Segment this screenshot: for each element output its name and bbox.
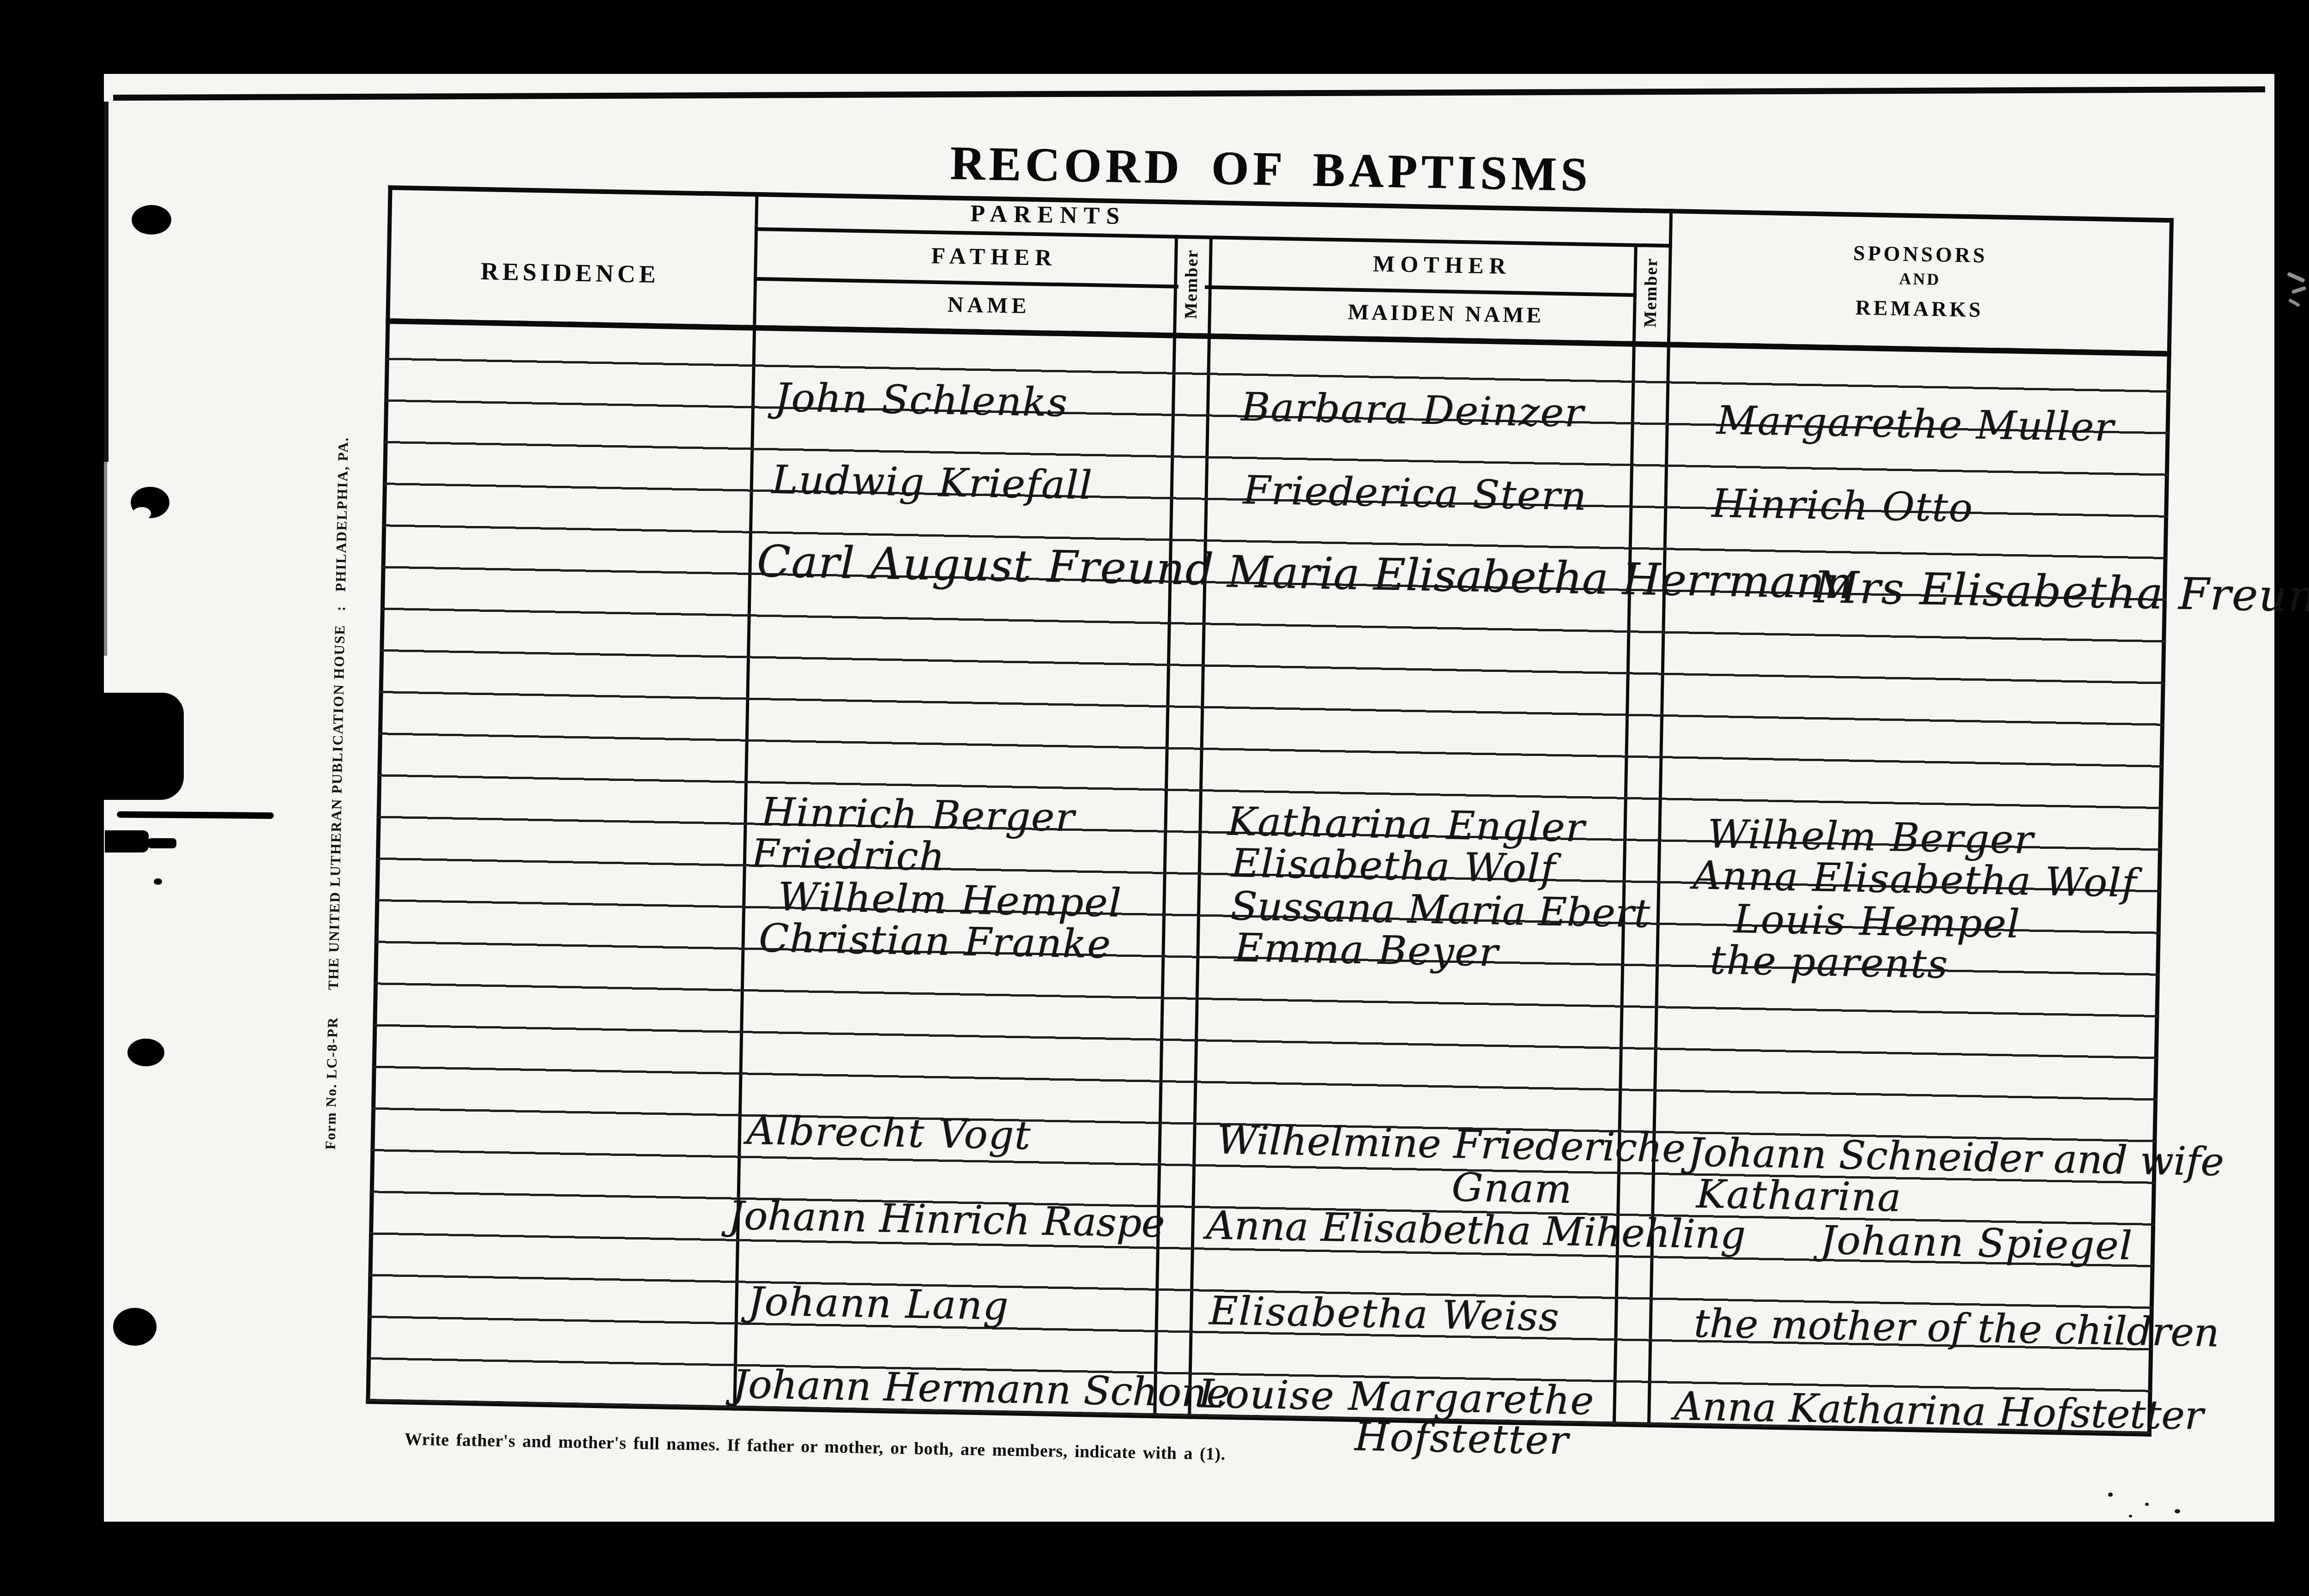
mother-name-entry: Emma Beyer	[1234, 928, 1499, 972]
father-name-entry: Johann Hermann Schone	[732, 1365, 1230, 1413]
sponsor-entry: Louis Hempel	[1733, 900, 2021, 944]
header-sponsors-remarks: REMARKS	[1855, 295, 1983, 322]
header-member-mother: Member	[1640, 257, 1662, 327]
header-sponsors: SPONSORS	[1853, 241, 1988, 267]
header-mother-maiden-name: MAIDEN NAME	[1348, 299, 1544, 328]
father-name-entry: Johann Hinrich Raspe	[728, 1196, 1165, 1243]
sponsor-entry: Hinrich Otto	[1711, 484, 1974, 528]
mother-name-entry: Louise Margarethe	[1198, 1374, 1595, 1421]
header-member-father: Member	[1181, 249, 1203, 319]
sponsor-entry: the parents	[1710, 941, 1949, 984]
father-name-entry: Johann Lang	[748, 1282, 1009, 1326]
sponsor-entry-line2: Katharina	[1696, 1175, 1902, 1218]
father-name-entry: Hinrich Berger	[761, 792, 1075, 837]
father-name-entry: Ludwig Kriefall	[771, 460, 1093, 506]
mother-name-entry: Anna Elisabetha Mihehling	[1206, 1206, 1746, 1255]
father-name-entry: Carl August Freund	[756, 540, 1215, 592]
header-residence: RESIDENCE	[480, 257, 659, 289]
footer-instruction: Write father's and mother's full names. …	[405, 1429, 1226, 1465]
document-page: RECORD OF BAPTISMS Form No. LC-8-PR THE …	[104, 74, 2274, 1522]
header-mother: MOTHER	[1373, 250, 1512, 279]
father-name-entry: Christian Franke	[758, 919, 1112, 964]
sponsor-entry: the mother of the children	[1693, 1304, 2219, 1353]
father-name-entry: John Schlenks	[774, 378, 1069, 423]
page-title: RECORD OF BAPTISMS	[949, 139, 1592, 199]
sponsor-entry: Anna Katharina Hofstetter	[1674, 1387, 2204, 1436]
header-sponsors-and: AND	[1899, 269, 1941, 289]
scan-scuff	[2287, 272, 2305, 283]
mother-name-entry: Friederica Stern	[1243, 471, 1587, 516]
sponsor-entry: Margarethe Muller	[1716, 401, 2115, 447]
header-parents: PARENTS	[970, 200, 1126, 230]
mother-name-entry: Elisabetha Weiss	[1209, 1291, 1560, 1337]
sponsor-entry: Mrs Elisabetha Freund	[1813, 566, 2309, 619]
sponsor-entry: Johann Spiegel	[1820, 1221, 2134, 1266]
baptism-table: PARENTS RESIDENCE FATHER NAME Member MOT…	[104, 74, 2274, 114]
mother-name-entry-line2: Gnam	[1451, 1168, 1573, 1209]
mother-name-entry: Barbara Deinzer	[1240, 387, 1584, 433]
header-father-name: NAME	[947, 292, 1030, 319]
scanned-document: RECORD OF BAPTISMS Form No. LC-8-PR THE …	[0, 0, 2309, 1596]
sponsor-entry: Anna Elisabetha Wolf	[1692, 856, 2137, 903]
scan-scuff	[2291, 286, 2307, 294]
form-imprint-sidebar: Form No. LC-8-PR THE UNITED LUTHERAN PUB…	[320, 572, 351, 1150]
mother-name-entry: Elisabetha Wolf	[1231, 844, 1556, 889]
scan-scuff	[2288, 298, 2300, 307]
father-name-entry: Wilhelm Hempel	[778, 877, 1122, 923]
mother-name-entry: Wilhelmine Friederiche	[1216, 1121, 1686, 1169]
father-name-entry: Friedrich	[751, 834, 946, 877]
father-name-entry: Albrecht Vogt	[746, 1111, 1032, 1155]
mother-name-entry-line2: Hofstetter	[1354, 1417, 1570, 1460]
header-father: FATHER	[931, 242, 1058, 271]
sponsor-entry: Wilhelm Berger	[1707, 815, 2034, 860]
printed-content: RECORD OF BAPTISMS Form No. LC-8-PR THE …	[78, 74, 2274, 1561]
mother-name-entry: Maria Elisabetha Herrmann	[1227, 550, 1853, 606]
